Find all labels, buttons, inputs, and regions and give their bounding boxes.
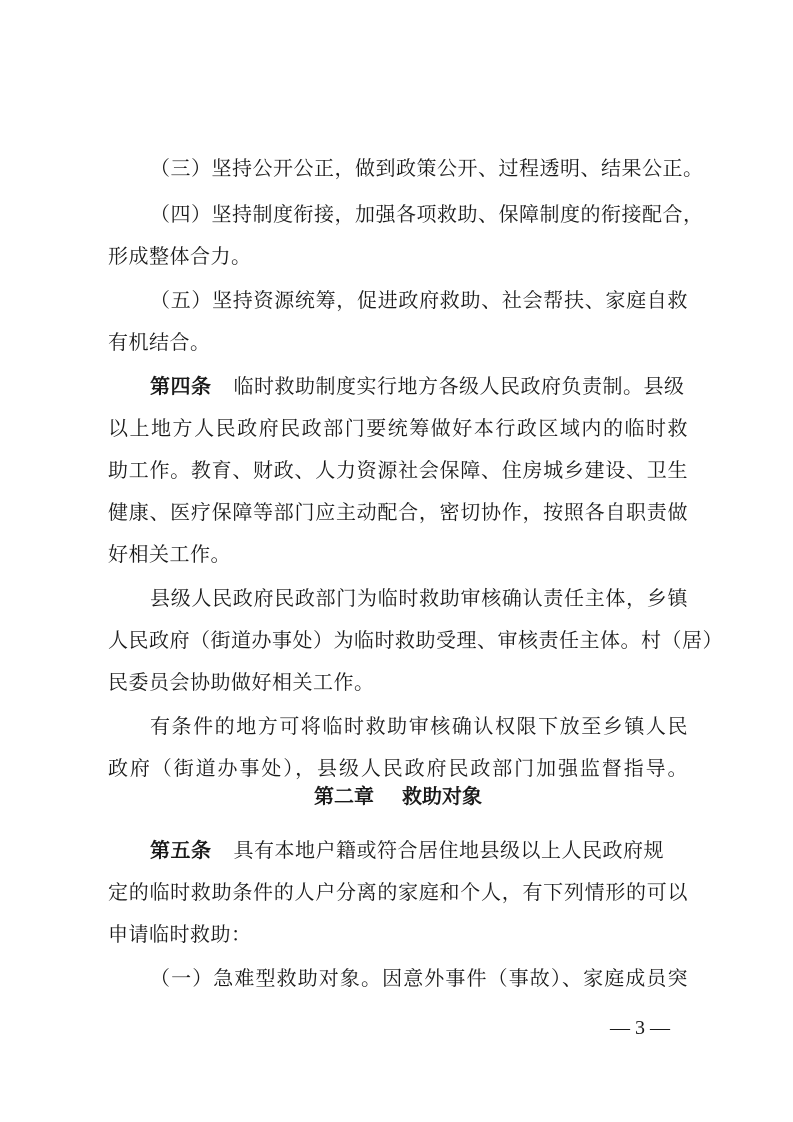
- article-4-line-5: 好相关工作。: [108, 534, 231, 574]
- article-4-p3-line-1: 有条件的地方可将临时救助审核确认权限下放至乡镇人民: [108, 706, 688, 746]
- chapter-title: 救助对象: [402, 784, 482, 808]
- article-5-line-2: 定的临时救助条件的人户分离的家庭和个人，有下列情形的可以: [108, 872, 688, 912]
- article-4-p2-line-2: 人民政府（街道办事处）为临时救助受理、审核责任主体。村（居）: [108, 620, 688, 660]
- article-5-line-3: 申请临时救助：: [108, 914, 252, 954]
- page-number: — 3 —: [610, 1016, 670, 1040]
- article-4-line-4: 健康、医疗保障等部门应主动配合，密切协作，按照各自职责做: [108, 492, 688, 532]
- chapter-number: 第二章: [314, 784, 374, 808]
- article-4-heading: 第四条: [150, 374, 212, 398]
- chapter-heading: 第二章救助对象: [108, 776, 688, 816]
- article-5-text: 具有本地户籍或符合居住地县级以上人民政府规: [234, 838, 665, 862]
- article-5-item-1-line-1: （一）急难型救助对象。因意外事件（事故）、家庭成员突: [108, 958, 688, 998]
- article-4-p2-line-3: 民委员会协助做好相关工作。: [108, 662, 375, 702]
- article-4-line-2: 以上地方人民政府民政部门要统筹做好本行政区域内的临时救: [108, 408, 688, 448]
- principle-4-line-2: 形成整体合力。: [108, 236, 252, 276]
- article-4-line-1: 第四条临时救助制度实行地方各级人民政府负责制。县级: [108, 366, 688, 406]
- principle-3-line-1: （三）坚持公开公正，做到政策公开、过程透明、结果公正。: [108, 148, 688, 188]
- article-5-heading: 第五条: [150, 838, 212, 862]
- article-4-text: 临时救助制度实行地方各级人民政府负责制。县级: [234, 374, 685, 398]
- principle-5-line-2: 有机结合。: [108, 322, 211, 362]
- article-4-line-3: 助工作。教育、财政、人力资源社会保障、住房城乡建设、卫生: [108, 450, 688, 490]
- article-4-p2-line-1: 县级人民政府民政部门为临时救助审核确认责任主体，乡镇: [108, 578, 688, 618]
- article-5-line-1: 第五条具有本地户籍或符合居住地县级以上人民政府规: [108, 830, 688, 870]
- principle-4-line-1: （四）坚持制度衔接，加强各项救助、保障制度的衔接配合，: [108, 194, 688, 234]
- principle-5-line-1: （五）坚持资源统筹，促进政府救助、社会帮扶、家庭自救: [108, 280, 688, 320]
